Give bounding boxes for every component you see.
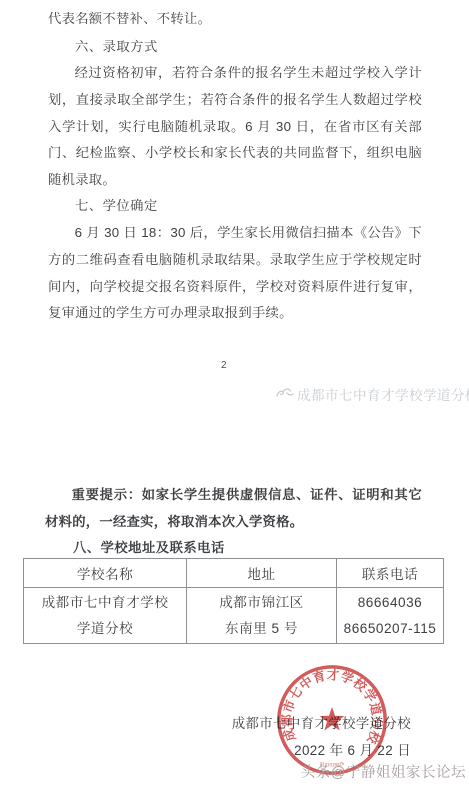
stamp-ring-text: 成都市七中育才学校学道分校 <box>279 667 385 746</box>
header-address: 地址 <box>187 559 337 588</box>
address-line2: 东南里 5 号 <box>187 616 336 642</box>
address-line1: 成都市锦江区 <box>187 590 336 616</box>
important-notice: 重要提示：如家长学生提供虚假信息、证件、证明和其它材料的，一经查实，将取消本次入… <box>45 481 422 535</box>
footer-watermark: 头条@宁静姐姐家长论坛 <box>301 761 466 782</box>
mid-watermark-text: 成都市七中育才学校学道分校 <box>297 384 469 404</box>
cell-address: 成都市锦江区 东南里 5 号 <box>187 588 337 644</box>
section-6-heading: 六、录取方式 <box>48 34 422 61</box>
phone-line2: 86650207-115 <box>337 616 443 642</box>
phone-line1: 86664036 <box>337 590 443 616</box>
mid-watermark: 成都市七中育才学校学道分校 <box>275 384 469 404</box>
header-phone: 联系电话 <box>337 559 444 588</box>
section-7-heading: 七、学位确定 <box>48 193 422 220</box>
star-icon <box>320 707 345 731</box>
section-7-paragraph: 6 月 30 日 18：30 后，学生家长用微信扫描本《公告》下方的二维码查看电… <box>48 220 422 327</box>
school-name-line2: 学道分校 <box>24 616 186 642</box>
cell-phone: 86664036 86650207-115 <box>337 588 444 644</box>
section-6-paragraph: 经过资格初审，若符合条件的报名学生未超过学校入学计划，直接录取全部学生；若符合条… <box>48 60 422 194</box>
page-number: 2 <box>221 360 227 371</box>
school-name-line1: 成都市七中育才学校 <box>24 590 186 616</box>
table-row: 成都市七中育才学校 学道分校 成都市锦江区 东南里 5 号 86664036 8… <box>24 588 444 644</box>
watermark-logo-icon <box>275 385 295 404</box>
table-header-row: 学校名称 地址 联系电话 <box>24 559 444 588</box>
cell-school-name: 成都市七中育才学校 学道分校 <box>24 588 187 644</box>
contact-table: 学校名称 地址 联系电话 成都市七中育才学校 学道分校 成都市锦江区 东南里 5… <box>23 558 444 644</box>
header-school-name: 学校名称 <box>24 559 187 588</box>
paragraph-continuation: 代表名额不替补、不转让。 <box>48 6 422 33</box>
